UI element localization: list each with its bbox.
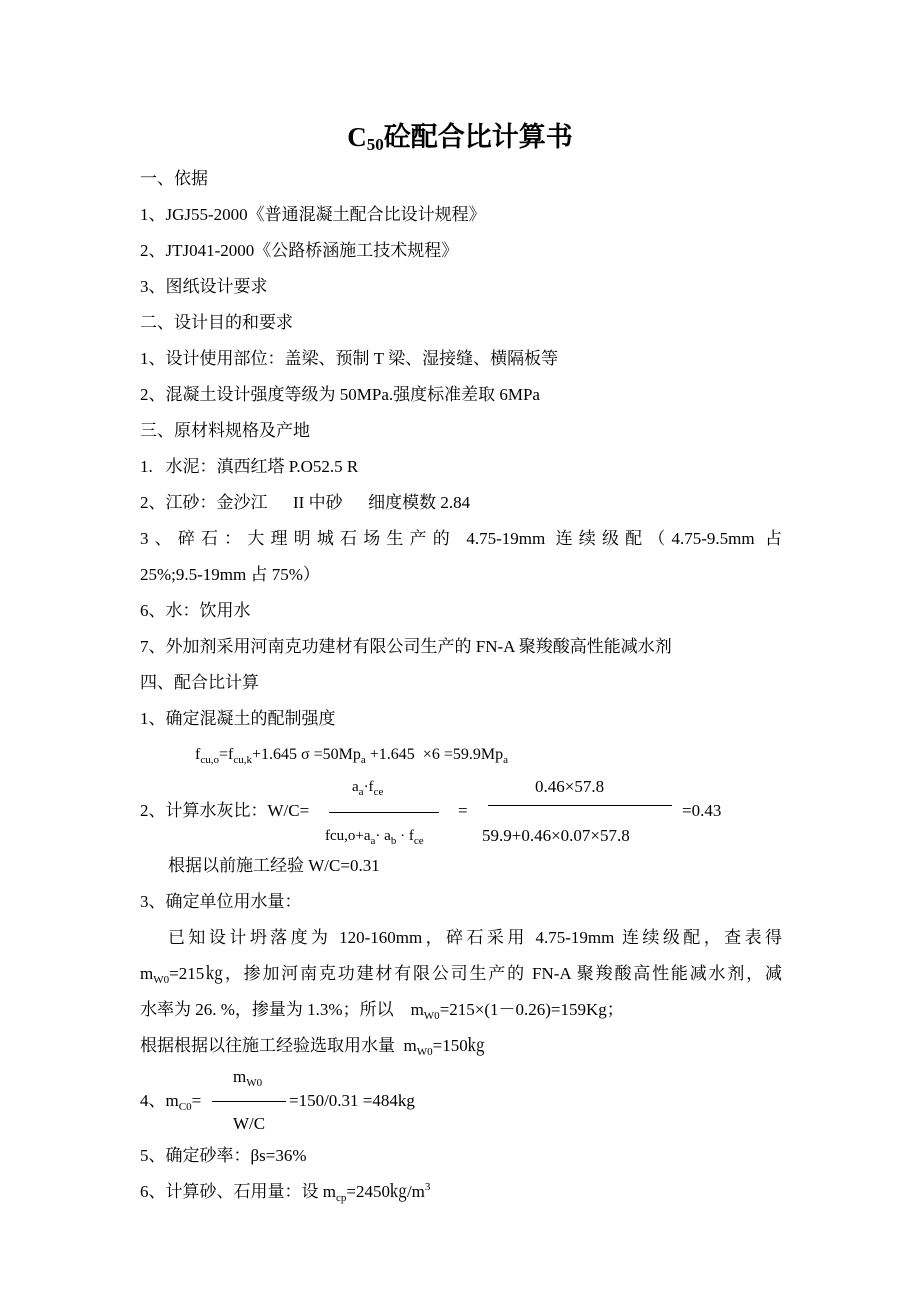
step-3-label: 3、确定单位用水量： — [140, 892, 302, 912]
equals-sign: = — [458, 801, 468, 821]
paragraph-line: 根据根据以往施工经验选取用水量 mW0=150㎏ — [140, 1036, 485, 1056]
section-1-heading: 一、依据 — [140, 169, 208, 189]
fraction-3-bar — [212, 1101, 286, 1102]
step-2-label: 2、计算水灰比：W/C= — [140, 801, 309, 821]
section-4-heading: 四、配合比计算 — [140, 673, 259, 693]
fraction-1-numerator: aa·fce — [352, 777, 383, 797]
section-3-heading: 三、原材料规格及产地 — [140, 421, 310, 441]
step-6-label: 6、计算砂、石用量：设 mcp=2450㎏/m3 — [140, 1182, 430, 1202]
fraction-3-denominator: W/C — [233, 1114, 265, 1134]
cement-result: =150/0.31 =484kg — [289, 1091, 415, 1111]
wc-result: =0.43 — [682, 801, 721, 821]
list-item: 1、设计使用部位：盖梁、预制 T 梁、湿接缝、横隔板等 — [140, 349, 558, 369]
list-item: 1、JGJ55-2000《普通混凝土配合比设计规程》 — [140, 205, 486, 225]
paragraph-line: mW0=215㎏，掺加河南克功建材有限公司生产的 FN-A 聚羧酸高性能减水剂，… — [140, 964, 782, 984]
fraction-2-bar — [488, 805, 672, 806]
section-2-heading: 二、设计目的和要求 — [140, 313, 293, 333]
wc-note: 根据以前施工经验 W/C=0.31 — [168, 856, 380, 876]
list-item: 1. 水泥：滇西红塔 P.O52.5 R — [140, 457, 358, 477]
step-1-label: 1、确定混凝土的配制强度 — [140, 709, 336, 729]
list-item: 2、江砂：金沙江 II 中砂 细度模数 2.84 — [140, 493, 470, 513]
list-item-continued: 25%;9.5-19mm 占 75%） — [140, 565, 320, 585]
paragraph-line: 水率为 26. %，掺量为 1.3%；所以 mW0=215×(1－0.26)=1… — [140, 1000, 624, 1020]
list-item: 3、图纸设计要求 — [140, 277, 268, 297]
step-5-label: 5、确定砂率：βs=36% — [140, 1146, 307, 1166]
step-4-label: 4、mC0= — [140, 1091, 201, 1111]
list-item: 3、碎石：大理明城石场生产的 4.75-19mm 连续级配（4.75-9.5mm… — [140, 529, 782, 549]
list-item: 6、水：饮用水 — [140, 601, 251, 621]
list-item: 2、JTJ041-2000《公路桥涵施工技术规程》 — [140, 241, 458, 261]
fraction-1-denominator: fcu,o+aa· ab · fce — [325, 826, 424, 846]
fraction-2-denominator: 59.9+0.46×0.07×57.8 — [482, 826, 630, 846]
document-title: C50砼配合比计算书 — [0, 120, 920, 162]
strength-formula: fcu,o=fcu,k+1.645 σ =50Mpa +1.645 ×6 =59… — [195, 745, 508, 765]
fraction-2-numerator: 0.46×57.8 — [535, 777, 604, 797]
fraction-3-numerator: mW0 — [233, 1067, 262, 1087]
list-item: 2、混凝土设计强度等级为 50MPa.强度标准差取 6MPa — [140, 385, 540, 405]
list-item: 7、外加剂采用河南克功建材有限公司生产的 FN-A 聚羧酸高性能减水剂 — [140, 637, 672, 657]
paragraph-line: 已知设计坍落度为 120-160mm，碎石采用 4.75-19mm 连续级配，查… — [168, 928, 782, 948]
fraction-1-bar — [329, 812, 439, 813]
